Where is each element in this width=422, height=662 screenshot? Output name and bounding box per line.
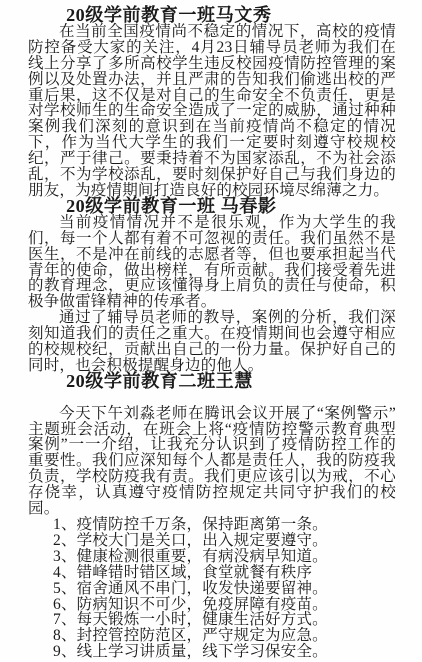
list-item: 3、健康检测很重要，有病没病早知道。 [53, 549, 396, 565]
list-item: 5、宿舍通风不串门，收发快递要留神。 [53, 581, 396, 597]
paragraph: 当前疫情情况并不是很乐观，作为大学生的我们，每一个人都有着不可忽视的责任。我们虽… [28, 215, 396, 310]
list-item: 7、每天锻炼一小时，健康生活好方式。 [53, 612, 396, 628]
paragraph: 通过了辅导员老师的教导，案例的分析，我们深刻知道我们的责任之重大。在疫情期间也会… [28, 310, 396, 374]
section-title: 20级学前教育一班马文秀 [28, 8, 396, 24]
paragraph: 在当前全国疫情尚不稳定的情况下，高校的疫情防控备受大家的关注，4月23日辅导员老… [28, 24, 396, 199]
list-item: 9、线上学习讲质量，线下学习保安全。 [53, 644, 396, 660]
list-item: 8、封控管控防范区，严守规定为应急。 [53, 628, 396, 644]
document-page: 20级学前教育一班马文秀 在当前全国疫情尚不稳定的情况下，高校的疫情防控备受大家… [0, 0, 422, 662]
list-item: 4、错峰错时错区域，食堂就餐有秩序 [53, 565, 396, 581]
section-wanghui: 20级学前教育二班王慧 今天下午刘淼老师在腾讯会议开展了“案例警示”主题班会活动… [28, 374, 396, 660]
section-title: 20级学前教育二班王慧 [28, 374, 396, 390]
blank-line [28, 390, 396, 406]
section-mawenxiu: 20级学前教育一班马文秀 在当前全国疫情尚不稳定的情况下，高校的疫情防控备受大家… [28, 8, 396, 199]
list-item: 1、疫情防控千万条，保持距离第一条。 [53, 517, 396, 533]
section-title: 20级学前教育一班 马春影 [28, 199, 396, 215]
list-item: 2、学校大门是关口，出入规定要遵守。 [53, 533, 396, 549]
paragraph: 今天下午刘淼老师在腾讯会议开展了“案例警示”主题班会活动，在班会上将“疫情防控警… [28, 406, 396, 517]
section-machunying: 20级学前教育一班 马春影 当前疫情情况并不是很乐观，作为大学生的我们，每一个人… [28, 199, 396, 374]
numbered-list: 1、疫情防控千万条，保持距离第一条。 2、学校大门是关口，出入规定要遵守。 3、… [28, 517, 396, 660]
